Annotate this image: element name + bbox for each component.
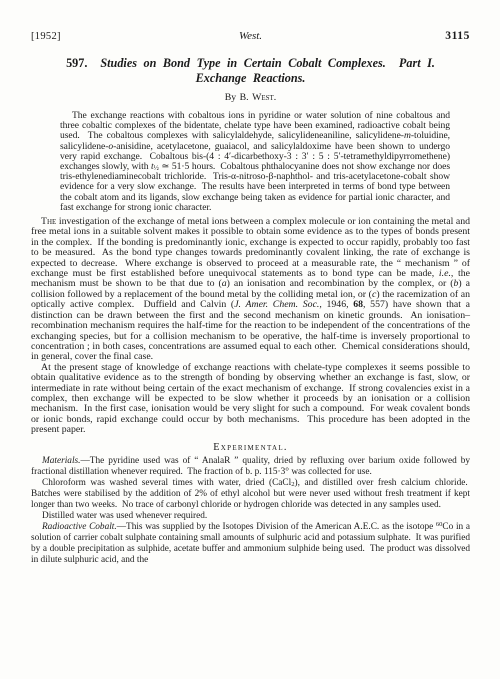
text-run: E	[213, 442, 221, 453]
section-heading-experimental: Experimental.	[31, 442, 470, 453]
text-run: J. Amer. Chem. Soc.	[234, 299, 319, 310]
paragraph: Materials.—The pyridine used was of “ An…	[31, 456, 470, 478]
abstract-block: The exchange reactions with cobaltous io…	[60, 111, 450, 213]
article-body: The investigation of the exchange of met…	[31, 217, 470, 436]
text-run: , 557) have shown that a distinction can…	[31, 299, 470, 362]
text-run: West	[252, 92, 274, 103]
article-title-text: Studies on Bond Type in Certain Cobalt C…	[100, 56, 435, 70]
text-run: —The pyridine used was of “ AnalaR ” qua…	[31, 456, 470, 477]
experimental-section: Materials.—The pyridine used was of “ An…	[31, 456, 470, 566]
text-run: i.e.	[439, 268, 451, 279]
page-number: 3115	[360, 30, 470, 42]
text-run: The exchange reactions with cobaltous io…	[60, 110, 450, 141]
text-run: .	[274, 92, 276, 103]
volume-year: [1952]	[31, 31, 141, 42]
paragraph: Chloroform was washed several times with…	[31, 478, 470, 511]
text-run: Distilled water was used whenever requir…	[42, 511, 207, 521]
paragraph: Distilled water was used whenever requir…	[31, 511, 470, 522]
article-number: 597.	[66, 56, 87, 70]
running-head: West.	[141, 30, 360, 42]
text-run: 68	[353, 299, 363, 310]
text-run: , 1946,	[319, 299, 353, 310]
text-run: Materials.	[42, 456, 80, 466]
text-run: he	[47, 216, 56, 227]
article-title-line2: Exchange Reactions.	[31, 71, 470, 86]
page-header: [1952] West. 3115	[31, 30, 470, 42]
text-run: investigation of the exchange of metal i…	[31, 216, 470, 279]
text-run: Radioactive Cobalt.	[42, 522, 117, 532]
text-run: By B.	[225, 92, 252, 103]
paragraph: The investigation of the exchange of met…	[31, 217, 470, 363]
paragraph: At the present stage of knowledge of exc…	[31, 363, 470, 436]
text-run: ) an ionisation and recombination by the…	[227, 278, 454, 289]
byline: By B. West.	[31, 92, 470, 103]
article-title-line1: 597.Studies on Bond Type in Certain Coba…	[31, 56, 470, 71]
article-title-block: 597.Studies on Bond Type in Certain Coba…	[31, 56, 470, 103]
text-run: At the present stage of knowledge of exc…	[31, 362, 470, 435]
text-run: —This was supplied by the Isotopes Divis…	[117, 522, 436, 532]
text-run: xperimental.	[221, 442, 288, 453]
text-run: Chloroform was washed several times with…	[42, 478, 291, 488]
abstract-paragraph: The exchange reactions with cobaltous io…	[60, 111, 450, 213]
journal-page: [1952] West. 3115 597.Studies on Bond Ty…	[0, 0, 500, 679]
paragraph: Radioactive Cobalt.—This was supplied by…	[31, 522, 470, 566]
